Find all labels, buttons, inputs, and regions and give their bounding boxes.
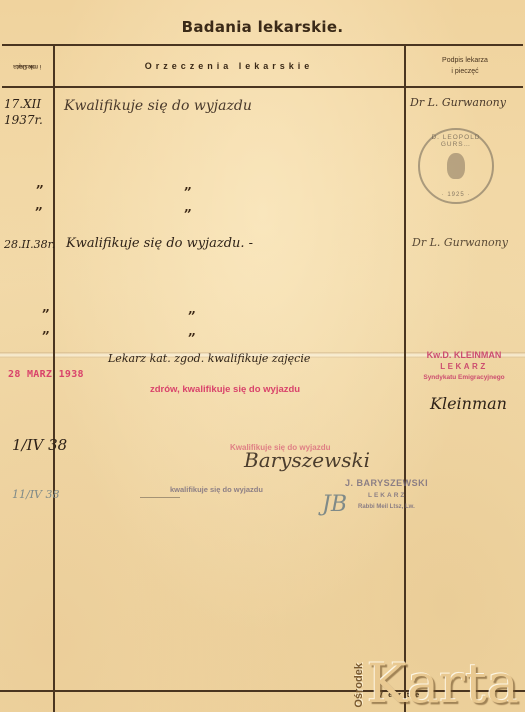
- ditto-mark: „: [188, 302, 196, 316]
- ditto-mark: „: [36, 176, 44, 190]
- header-signature: Podpis lekarza i pieczęć: [406, 48, 524, 84]
- baryszewski-stamp-title: LEKARZ: [368, 492, 406, 499]
- header-findings: Orzeczenia lekarskie: [54, 48, 404, 84]
- watermark: Ośrodek Karta: [353, 660, 519, 708]
- entry-4-signature: Baryszewski: [244, 448, 370, 472]
- table-top-rule: [2, 44, 523, 46]
- document-title: Badania lekarskie.: [0, 18, 525, 36]
- stamp-emblem-icon: [447, 153, 465, 179]
- entry-4-date-pencil: 11/IV 38: [12, 488, 60, 501]
- watermark-small: Ośrodek: [353, 663, 365, 708]
- entry-4-date: 1/IV 38: [12, 436, 67, 454]
- header-bottom-rule: [2, 86, 523, 88]
- ditto-mark: „: [42, 322, 50, 336]
- ditto-mark: „: [184, 178, 192, 192]
- ditto-mark: „: [184, 200, 192, 214]
- entry-3-signature: Kleinman: [430, 394, 507, 413]
- ditto-mark: „: [35, 198, 43, 212]
- entry-2-finding: Kwalifikuje się do wyjazdu. -: [66, 236, 253, 251]
- ditto-mark: „: [188, 324, 196, 338]
- column-divider-signature: [404, 44, 406, 712]
- entry-1-finding: Kwalifikuje się do wyjazdu: [64, 98, 252, 114]
- watermark-logo: Karta: [367, 660, 519, 708]
- entry-1-signature: Dr L. Gurwanony: [410, 96, 506, 109]
- kleinman-stamp: Kw.D. KLEINMAN LEKARZ Syndykatu Emigracy…: [408, 350, 520, 383]
- entry-2-signature: Dr L. Gurwanony: [412, 236, 508, 249]
- entry-3-date-stamp: 28 MARZ 1938: [8, 369, 84, 380]
- entry-2-date: 28.II.38r.: [4, 238, 55, 251]
- baryszewski-stamp-address: Rabbi Meil Ltsz, Lw.: [358, 504, 415, 510]
- round-doctor-stamp: D. LEOPOLD GURS… · 1925 ·: [418, 128, 494, 204]
- entry-4-initials: JB: [322, 492, 347, 517]
- entry-3-handwritten-finding: Lekarz kat. zgod. kwalifikuje zajęcie: [108, 352, 310, 365]
- header-date: Data miesiąc i rok.: [4, 48, 50, 84]
- entry-3-stamp-finding: zdrów, kwalifikuje się do wyjazdu: [150, 384, 300, 395]
- entry-1-date: 17.XII 1937r.: [4, 96, 43, 128]
- ditto-mark: „: [42, 300, 50, 314]
- stamp-dash-line: [140, 497, 180, 498]
- entry-4-stamp-line: kwalifikuje się do wyjazdu: [170, 485, 263, 494]
- baryszewski-stamp-name: J. BARYSZEWSKI: [345, 478, 428, 488]
